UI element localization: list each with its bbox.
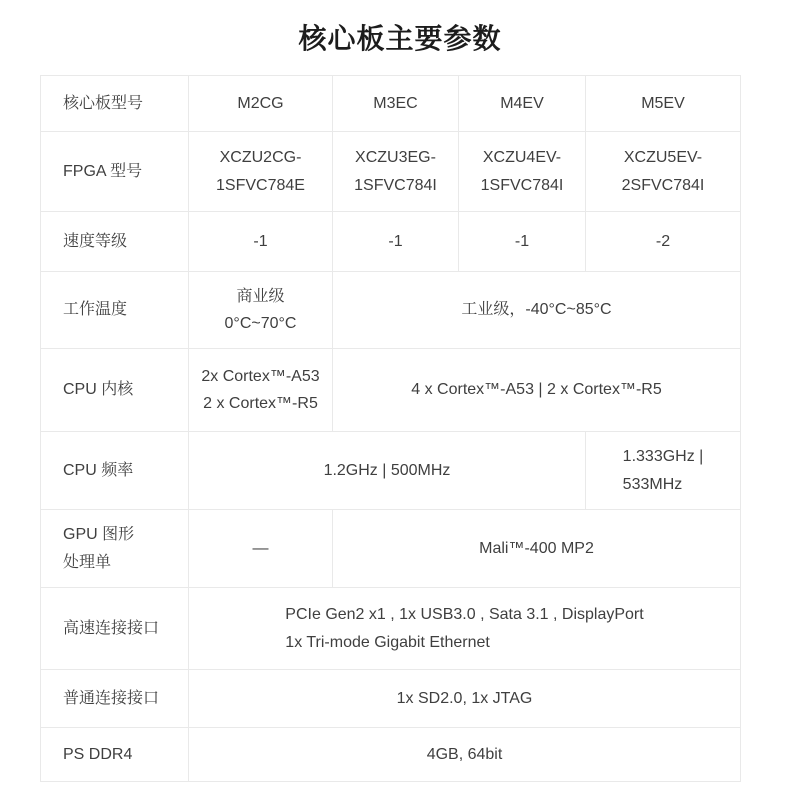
cell-text: XCZU2CG- 1SFVC784E <box>216 149 305 193</box>
cell-text: 1.333GHz | 533MHz <box>623 443 704 497</box>
value-cell: XCZU4EV- 1SFVC784I <box>459 132 586 212</box>
row-label-cell: 速度等级 <box>41 212 189 272</box>
cell-text: XCZU5EV- 2SFVC784I <box>622 149 705 193</box>
cell-text: 1x SD2.0, 1x JTAG <box>397 690 533 707</box>
table-row: 速度等级-1-1-1-2 <box>41 212 741 272</box>
cell-text: M4EV <box>500 95 544 112</box>
value-cell: 1.2GHz | 500MHz <box>189 432 586 510</box>
cell-text: PS DDR4 <box>63 746 132 763</box>
parameters-table: 核心板型号M2CGM3ECM4EVM5EVFPGA 型号XCZU2CG- 1SF… <box>40 75 741 782</box>
value-cell: XCZU3EG- 1SFVC784I <box>333 132 459 212</box>
value-cell: M4EV <box>459 76 586 132</box>
cell-text: -1 <box>253 233 267 250</box>
value-cell: Mali™-400 MP2 <box>333 510 741 588</box>
row-label-cell: GPU 图形 处理单 <box>41 510 189 588</box>
value-cell: -1 <box>459 212 586 272</box>
table-row: CPU 内核2x Cortex™-A53 2 x Cortex™-R54 x C… <box>41 349 741 432</box>
table-row: CPU 频率1.2GHz | 500MHz1.333GHz | 533MHz <box>41 432 741 510</box>
cell-text: M3EC <box>373 95 417 112</box>
value-cell: PCIe Gen2 x1 , 1x USB3.0 , Sata 3.1 , Di… <box>189 588 741 670</box>
cell-text: XCZU3EG- 1SFVC784I <box>354 149 437 193</box>
value-cell: M3EC <box>333 76 459 132</box>
row-label-cell: CPU 内核 <box>41 349 189 432</box>
cell-text: 核心板型号 <box>63 95 143 112</box>
cell-text: CPU 频率 <box>63 462 133 479</box>
value-cell: M2CG <box>189 76 333 132</box>
value-cell: 4 x Cortex™-A53 | 2 x Cortex™-R5 <box>333 349 741 432</box>
value-cell: -2 <box>586 212 741 272</box>
cell-text: -2 <box>656 233 670 250</box>
value-cell: 4GB, 64bit <box>189 728 741 782</box>
cell-text: 工业级，-40°C~85°C <box>461 301 611 318</box>
value-cell: -1 <box>333 212 459 272</box>
value-cell: M5EV <box>586 76 741 132</box>
row-label-cell: 高速连接接口 <box>41 588 189 670</box>
table-row: 普通连接接口1x SD2.0, 1x JTAG <box>41 670 741 728</box>
value-cell: 2x Cortex™-A53 2 x Cortex™-R5 <box>189 349 333 432</box>
table-row: PS DDR44GB, 64bit <box>41 728 741 782</box>
value-cell: 商业级 0°C~70°C <box>189 272 333 349</box>
cell-text: -1 <box>388 233 402 250</box>
header-row: 核心板型号M2CGM3ECM4EVM5EV <box>41 76 741 132</box>
row-label-cell: 工作温度 <box>41 272 189 349</box>
value-cell: XCZU2CG- 1SFVC784E <box>189 132 333 212</box>
value-cell: 工业级，-40°C~85°C <box>333 272 741 349</box>
cell-text: 2x Cortex™-A53 2 x Cortex™-R5 <box>201 368 319 412</box>
cell-text: 商业级 0°C~70°C <box>225 288 297 332</box>
cell-text: 高速连接接口 <box>63 620 159 637</box>
row-label-cell: CPU 频率 <box>41 432 189 510</box>
value-cell: -1 <box>189 212 333 272</box>
row-label-cell: PS DDR4 <box>41 728 189 782</box>
cell-text: Mali™-400 MP2 <box>479 540 594 557</box>
cell-text: PCIe Gen2 x1 , 1x USB3.0 , Sata 3.1 , Di… <box>285 601 643 655</box>
value-cell: 1.333GHz | 533MHz <box>586 432 741 510</box>
row-label-cell: 核心板型号 <box>41 76 189 132</box>
cell-text: M5EV <box>641 95 685 112</box>
table-row: FPGA 型号XCZU2CG- 1SFVC784EXCZU3EG- 1SFVC7… <box>41 132 741 212</box>
cell-text: -1 <box>515 233 529 250</box>
value-cell: XCZU5EV- 2SFVC784I <box>586 132 741 212</box>
page-title: 核心板主要参数 <box>0 24 800 75</box>
table-row: 工作温度商业级 0°C~70°C工业级，-40°C~85°C <box>41 272 741 349</box>
cell-text: M2CG <box>237 95 283 112</box>
cell-text: FPGA 型号 <box>63 163 142 180</box>
cell-text: XCZU4EV- 1SFVC784I <box>481 149 564 193</box>
cell-text: GPU 图形 处理单 <box>63 526 134 570</box>
table-row: GPU 图形 处理单—Mali™-400 MP2 <box>41 510 741 588</box>
cell-text: 普通连接接口 <box>63 690 159 707</box>
row-label-cell: FPGA 型号 <box>41 132 189 212</box>
cell-text: 4GB, 64bit <box>427 746 503 763</box>
value-cell: — <box>189 510 333 588</box>
value-cell: 1x SD2.0, 1x JTAG <box>189 670 741 728</box>
cell-text: 速度等级 <box>63 233 127 250</box>
cell-text: CPU 内核 <box>63 381 133 398</box>
row-label-cell: 普通连接接口 <box>41 670 189 728</box>
cell-text: 1.2GHz | 500MHz <box>324 462 451 479</box>
cell-text: — <box>253 540 269 557</box>
cell-text: 4 x Cortex™-A53 | 2 x Cortex™-R5 <box>411 381 661 398</box>
cell-text: 工作温度 <box>63 301 127 318</box>
table-row: 高速连接接口PCIe Gen2 x1 , 1x USB3.0 , Sata 3.… <box>41 588 741 670</box>
